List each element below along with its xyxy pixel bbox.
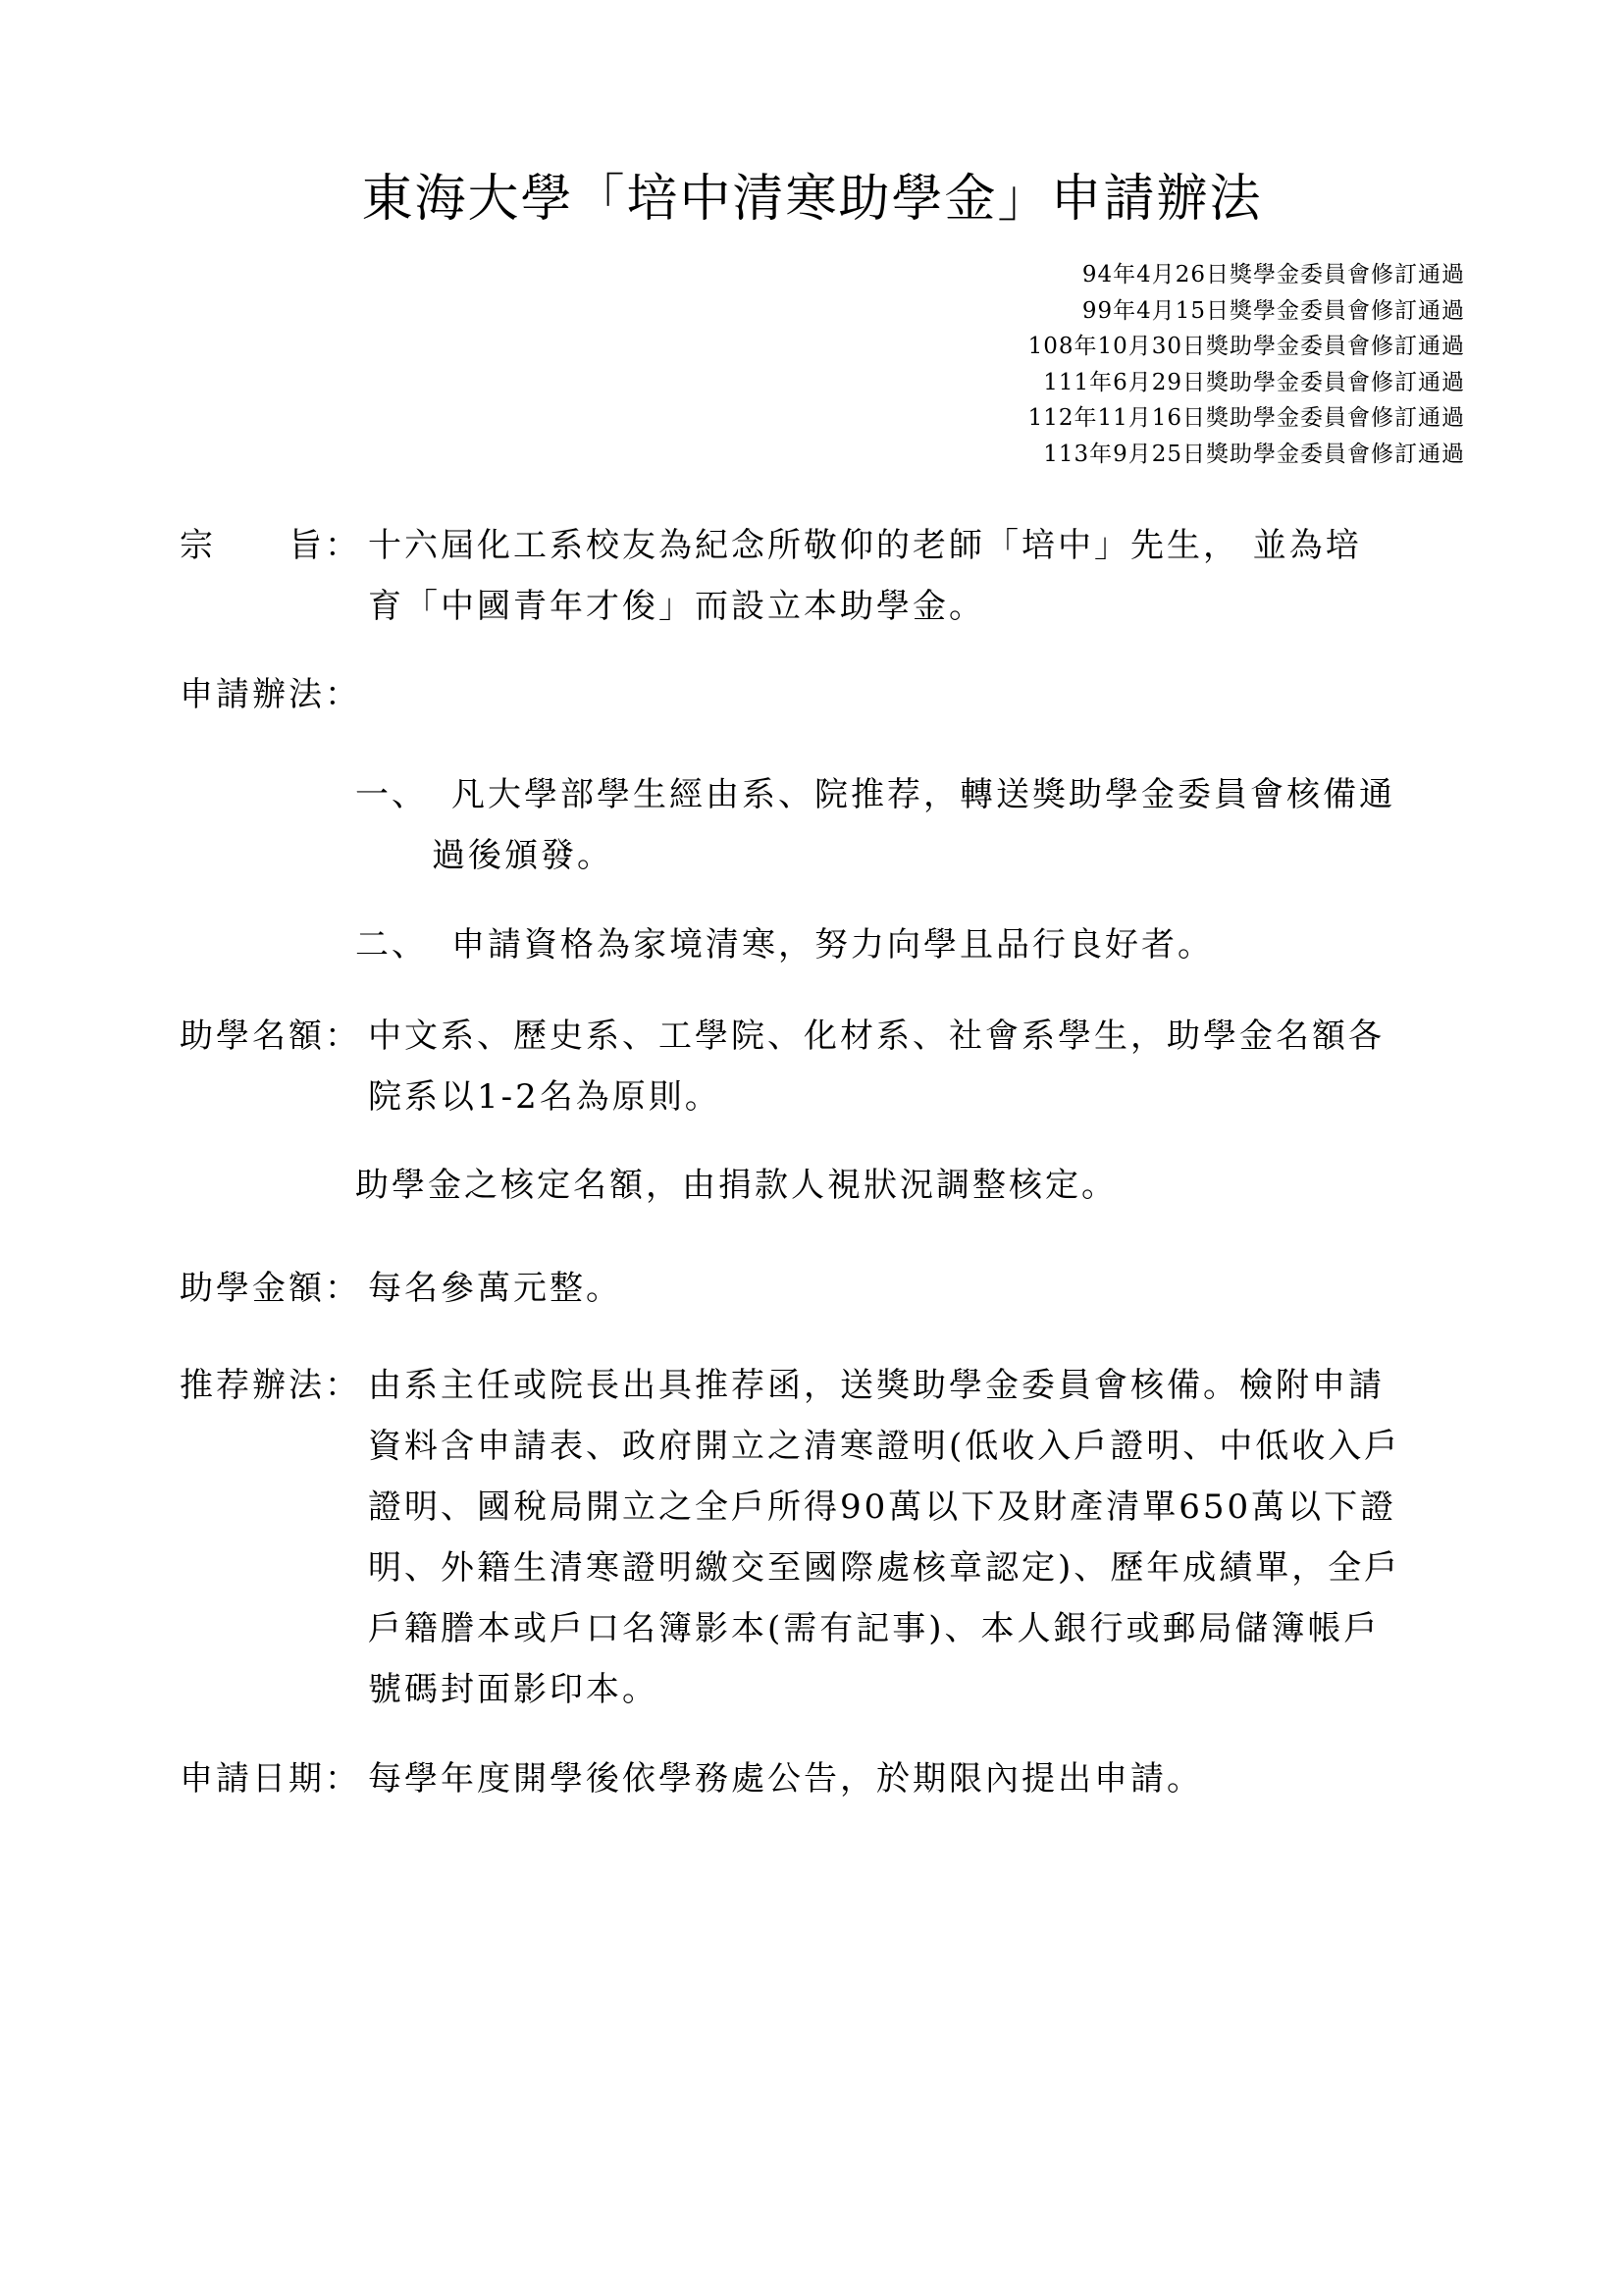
quota-note: 助學金之核定名額，由捐款人視狀況調整核定。 [355, 1158, 1118, 1206]
quota-text: 中文系、歷史系、工學院、化材系、社會系學生，助學金名額各 [368, 1009, 1385, 1057]
recommendation-label: 推荐辦法： [180, 1358, 361, 1406]
recommendation-text: 資料含申請表、政府開立之清寒證明(低收入戶證明、中低收入戶 [368, 1419, 1400, 1467]
date-text: 每學年度開學後依學務處公告，於期限內提出申請。 [368, 1751, 1203, 1799]
amount-text: 每名參萬元整。 [368, 1261, 622, 1309]
purpose-text: 育「中國青年才俊」而設立本助學金。 [368, 579, 985, 627]
application-label: 申請辦法： [180, 667, 361, 715]
date-label: 申請日期： [180, 1751, 361, 1799]
recommendation-text: 由系主任或院長出具推荐函，送獎助學金委員會核備。檢附申請 [368, 1358, 1385, 1406]
revision-line: 112年11月16日獎助學金委員會修訂通過 [1028, 400, 1465, 437]
recommendation-text: 戶籍謄本或戶口名簿影本(需有記事)、本人銀行或郵局儲簿帳戶 [368, 1601, 1381, 1649]
recommendation-text: 證明、國稅局開立之全戶所得90萬以下及財產清單650萬以下證 [368, 1480, 1396, 1528]
application-item-text: 凡大學部學生經由系、院推荐，轉送獎助學金委員會核備通 [451, 767, 1395, 815]
item-number: 二、 [355, 917, 428, 965]
revision-line: 108年10月30日獎助學金委員會修訂通過 [1028, 329, 1465, 365]
application-item-text: 過後頒發。 [432, 828, 613, 876]
revision-history: 94年4月26日獎學金委員會修訂通過 99年4月15日獎學金委員會修訂通過 10… [1028, 257, 1465, 472]
item-number: 一、 [355, 767, 428, 815]
revision-line: 94年4月26日獎學金委員會修訂通過 [1028, 257, 1465, 293]
quota-label: 助學名額： [180, 1009, 361, 1057]
recommendation-text: 號碼封面影印本。 [368, 1662, 658, 1710]
revision-line: 113年9月25日獎助學金委員會修訂通過 [1028, 437, 1465, 473]
revision-line: 99年4月15日獎學金委員會修訂通過 [1028, 293, 1465, 330]
recommendation-text: 明、外籍生清寒證明繳交至國際處核章認定)、歷年成績單，全戶 [368, 1540, 1400, 1589]
quota-text: 院系以1-2名為原則。 [368, 1069, 721, 1118]
application-item-text: 申請資格為家境清寒，努力向學且品行良好者。 [451, 917, 1214, 965]
purpose-label: 宗 旨： [180, 518, 361, 566]
amount-label: 助學金額： [180, 1261, 361, 1309]
purpose-text: 十六屆化工系校友為紀念所敬仰的老師「培中」先生， 並為培 [368, 518, 1362, 566]
document-title: 東海大學「培中清寒助學金」申請辦法 [0, 157, 1624, 231]
revision-line: 111年6月29日獎助學金委員會修訂通過 [1028, 365, 1465, 401]
